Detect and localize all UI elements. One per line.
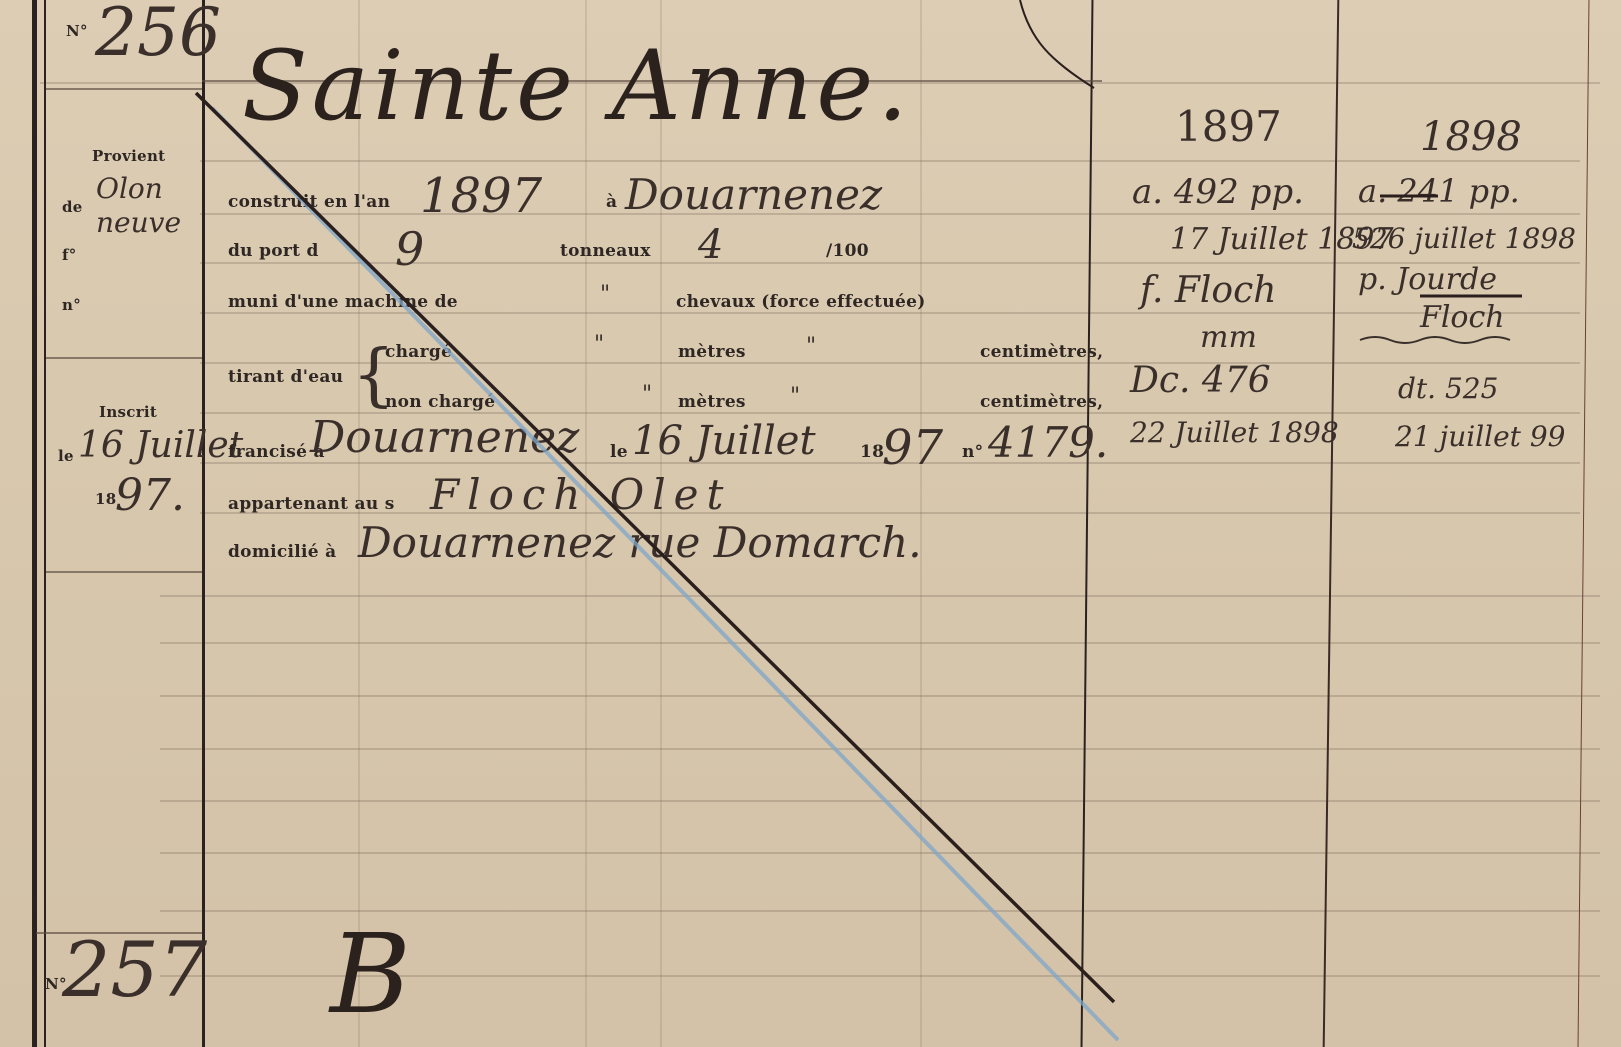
- blue-pencil-stroke: [212, 108, 1118, 1040]
- ink-cross-out-stroke: [196, 93, 1114, 1002]
- register-page: N° 256 Provient de Olon neuve f° n° Insc…: [0, 0, 1621, 1047]
- cancellation-strokes: [0, 0, 1621, 1047]
- ink-wavy-underline: [1360, 337, 1510, 343]
- ink-flourish: [1020, 0, 1094, 88]
